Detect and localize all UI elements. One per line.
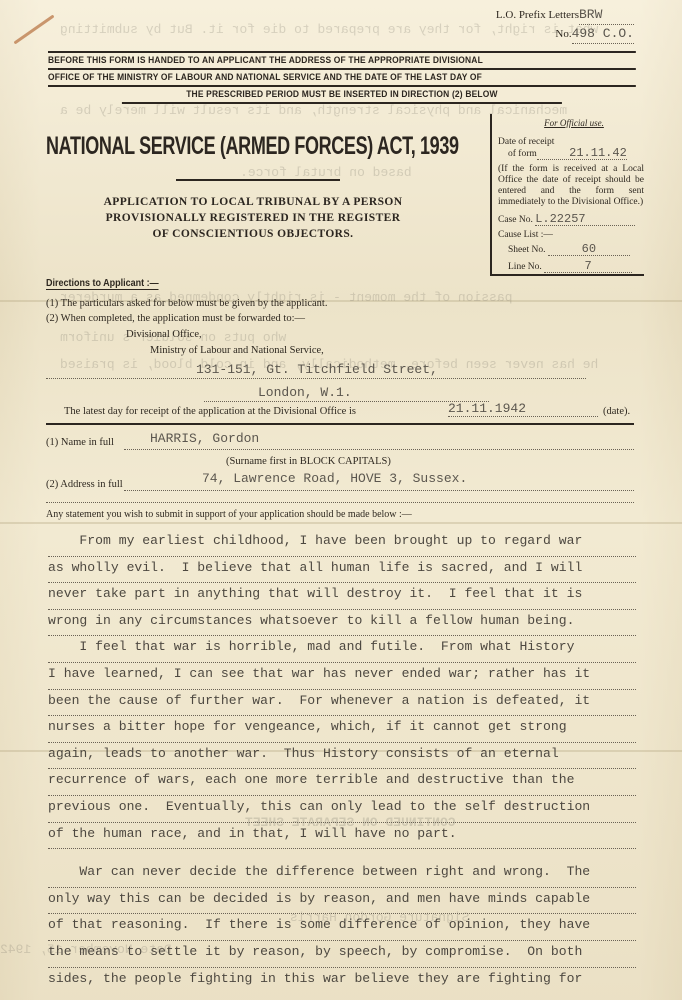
divisional-address-1: 131-151, Gt. Titchfield Street, [196,362,438,377]
statement-line: only way this can be decided is by reaso… [48,888,636,915]
statement-line: of that reasoning. If there is some diff… [48,914,636,941]
address-field-line [124,490,634,491]
statement-body: From my earliest childhood, I have been … [48,530,658,993]
line-number-row: Line No. 7 [492,261,644,273]
notice-line: BEFORE THIS FORM IS HANDED TO AN APPLICA… [48,51,636,70]
name-value: HARRIS, Gordon [150,431,259,446]
direction-item-2: (2) When completed, the application must… [46,312,305,325]
official-note: (If the form is received at a Local Offi… [492,164,644,208]
instruction-notice: BEFORE THIS FORM IS HANDED TO AN APPLICA… [48,51,636,104]
reference-number-label: No. [555,28,571,40]
address-label: (2) Address in full [46,478,123,491]
latest-day-value: 21.11.1942 [448,401,598,417]
statement-line [48,849,636,861]
date-receipt-label-2: of form [508,149,537,159]
page-title: NATIONAL SERVICE (ARMED FORCES) ACT, 193… [46,132,459,161]
subtitle-line: APPLICATION TO LOCAL TRIBUNAL BY A PERSO… [62,194,444,210]
address-line-2 [204,401,489,402]
latest-day-suffix: (date). [603,405,630,418]
form-subtitle: APPLICATION TO LOCAL TRIBUNAL BY A PERSO… [62,194,444,242]
address-field-line-2 [46,502,634,503]
divisional-office-line: Divisional Office, [126,328,202,341]
fold-crease [0,522,682,524]
line-number-value: 7 [544,261,632,273]
statement-line: War can never decide the difference betw… [48,861,636,888]
statement-line: sides, the people fighting in this war b… [48,968,636,994]
statement-line: nurses a bitter hope for vengeance, whic… [48,716,636,743]
prefix-letters-row: L.O. Prefix LettersBRW [496,6,634,25]
notice-line: OFFICE OF THE MINISTRY OF LABOUR AND NAT… [48,70,636,87]
statement-line: I feel that war is horrible, mad and fut… [48,636,636,663]
show-through-text: based on brutal force. [240,165,412,180]
reference-number-value: 498 C.O. [572,25,634,44]
date-receipt-value: 21.11.42 [537,148,627,160]
official-use-heading: For Official use. [504,118,644,129]
date-receipt-row: of form21.11.42 [492,148,644,160]
case-number-row: Case No. L.22257 [492,214,644,226]
address-line-1 [46,378,586,379]
ministry-line: Ministry of Labour and National Service, [150,344,324,357]
sheet-number-row: Sheet No. 60 [492,244,644,256]
subtitle-line: OF CONSCIENTIOUS OBJECTORS. [62,226,444,242]
divisional-address-2: London, W.1. [258,385,352,400]
statement-line: of the human race, and in that, I will h… [48,823,636,850]
prefix-letters-label: L.O. Prefix Letters [496,9,579,21]
latest-day-label: The latest day for receipt of the applic… [64,405,356,418]
case-number-label: Case No. [498,215,533,225]
statement-line: wrong in any circumstances whatsoever to… [48,610,636,637]
cause-list-label: Cause List :— [492,230,644,241]
lo-reference: L.O. Prefix LettersBRW No.498 C.O. [496,6,634,44]
prefix-letters-value: BRW [579,6,634,25]
sheet-number-label: Sheet No. [508,245,545,255]
title-rule [176,179,340,181]
subtitle-line: PROVISIONALLY REGISTERED IN THE REGISTER [62,210,444,226]
statement-line: I have learned, I can see that war has n… [48,663,636,690]
statement-line: again, leads to another war. Thus Histor… [48,743,636,770]
name-label: (1) Name in full [46,436,114,449]
statement-prompt: Any statement you wish to submit in supp… [46,508,412,521]
statement-line: been the cause of further war. For whene… [48,690,636,717]
name-hint: (Surname first in BLOCK CAPITALS) [226,455,391,468]
sheet-number-value: 60 [548,244,630,256]
name-field-line [124,449,634,450]
statement-line: previous one. Eventually, this can only … [48,796,636,823]
paper-stain [13,15,54,45]
statement-line: the means to settle it by reason, by spe… [48,941,636,968]
direction-item-1: (1) The particulars asked for below must… [46,297,327,310]
case-number-value: L.22257 [535,214,635,226]
statement-line: as wholly evil. I believe that all human… [48,557,636,584]
line-number-label: Line No. [508,262,542,272]
official-use-box: For Official use. Date of receipt of for… [490,114,644,276]
notice-line: THE PRESCRIBED PERIOD MUST BE INSERTED I… [122,87,562,104]
reference-number-row: No.498 C.O. [496,25,634,44]
directions-heading: Directions to Applicant :— [46,278,159,290]
statement-line: recurrence of wars, each one more terrib… [48,769,636,796]
section-divider [46,423,634,425]
statement-line: never take part in anything that will de… [48,583,636,610]
statement-line: From my earliest childhood, I have been … [48,530,636,557]
address-value: 74, Lawrence Road, HOVE 3, Sussex. [202,471,467,486]
